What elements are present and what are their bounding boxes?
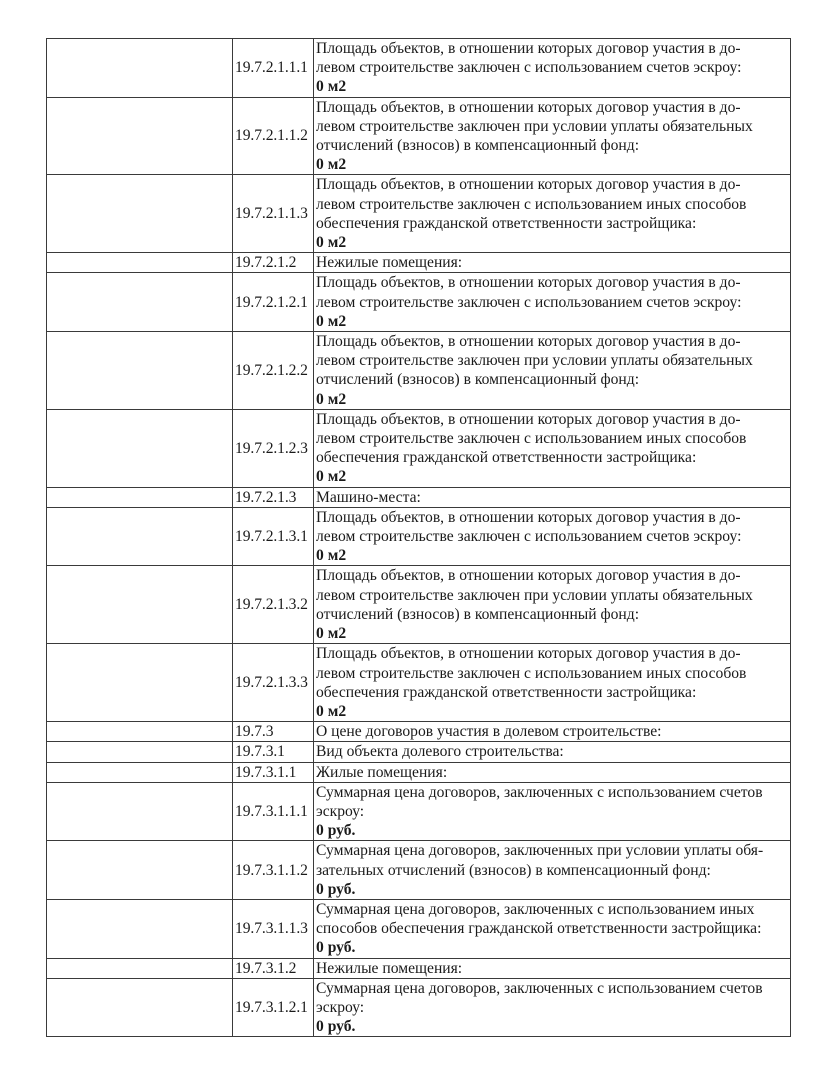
table-row: 19.7.2.1.2.3 Площадь объектов, в отношен… — [47, 409, 791, 487]
section-content: О цене договоров участия в долевом строи… — [314, 722, 791, 742]
section-number: 19.7.3.1.1 — [233, 762, 314, 782]
section-description: Суммарная цена договоров, заключенных пр… — [316, 841, 789, 879]
table-row: 19.7.2.1.1.1 Площадь объектов, в отношен… — [47, 39, 791, 98]
section-number: 19.7.3.1 — [233, 742, 314, 762]
description-line: Площадь объектов, в отношении которых до… — [316, 39, 789, 58]
section-content: Площадь объектов, в отношении которых до… — [314, 566, 791, 644]
section-number: 19.7.2.1.2.2 — [233, 332, 314, 410]
empty-cell — [47, 507, 233, 566]
description-line: Машино-места: — [316, 488, 789, 507]
section-number: 19.7.3.1.1.2 — [233, 841, 314, 900]
table-row: 19.7.2.1.3.3 Площадь объектов, в отношен… — [47, 644, 791, 722]
description-line: Площадь объектов, в отношении которых до… — [316, 644, 789, 663]
empty-cell — [47, 782, 233, 841]
empty-cell — [47, 958, 233, 978]
section-content: Вид объекта долевого строительства: — [314, 742, 791, 762]
section-content: Площадь объектов, в отношении которых до… — [314, 409, 791, 487]
section-number: 19.7.2.1.2.3 — [233, 409, 314, 487]
section-value: 0 руб. — [316, 880, 789, 899]
declaration-table-body: 19.7.2.1.1.1 Площадь объектов, в отношен… — [47, 39, 791, 1037]
description-line: Нежилые помещения: — [316, 959, 789, 978]
section-content: Площадь объектов, в отношении которых до… — [314, 273, 791, 332]
empty-cell — [47, 273, 233, 332]
description-line: Суммарная цена договоров, заключенных пр… — [316, 841, 789, 860]
section-number: 19.7.2.1.3.3 — [233, 644, 314, 722]
table-row: 19.7.2.1.2.2 Площадь объектов, в отношен… — [47, 332, 791, 410]
section-content: Площадь объектов, в отношении которых до… — [314, 644, 791, 722]
table-row: 19.7.3.1.1.1 Суммарная цена договоров, з… — [47, 782, 791, 841]
description-line: Площадь объектов, в отношении которых до… — [316, 410, 789, 429]
section-number: 19.7.3.1.2.1 — [233, 978, 314, 1037]
empty-cell — [47, 487, 233, 507]
empty-cell — [47, 175, 233, 253]
section-content: Нежилые помещения: — [314, 958, 791, 978]
section-description: Вид объекта долевого строительства: — [316, 742, 789, 761]
description-line: отчислений (взносов) в компенсационный ф… — [316, 605, 789, 624]
empty-cell — [47, 899, 233, 958]
table-row: 19.7.3.1.1.3 Суммарная цена договоров, з… — [47, 899, 791, 958]
section-number: 19.7.3.1.1.3 — [233, 899, 314, 958]
description-line: Нежилые помещения: — [316, 253, 789, 272]
table-row: 19.7.3.1.2.1 Суммарная цена договоров, з… — [47, 978, 791, 1037]
description-line: левом строительстве заключен при условии… — [316, 117, 789, 136]
section-description: Площадь объектов, в отношении которых до… — [316, 39, 789, 77]
empty-cell — [47, 566, 233, 644]
empty-cell — [47, 97, 233, 175]
description-line: обеспечения гражданской ответственности … — [316, 214, 789, 233]
empty-cell — [47, 841, 233, 900]
section-content: Жилые помещения: — [314, 762, 791, 782]
declaration-table: 19.7.2.1.1.1 Площадь объектов, в отношен… — [46, 38, 791, 1037]
document-page: 19.7.2.1.1.1 Площадь объектов, в отношен… — [46, 38, 790, 1037]
section-content: Площадь объектов, в отношении которых до… — [314, 507, 791, 566]
table-row: 19.7.3.1.2 Нежилые помещения: — [47, 958, 791, 978]
section-description: О цене договоров участия в долевом строи… — [316, 722, 789, 741]
description-line: эскроу: — [316, 998, 789, 1017]
description-line: О цене договоров участия в долевом строи… — [316, 722, 789, 741]
description-line: Площадь объектов, в отношении которых до… — [316, 508, 789, 527]
section-description: Площадь объектов, в отношении которых до… — [316, 410, 789, 468]
table-row: 19.7.3 О цене договоров участия в долево… — [47, 722, 791, 742]
section-description: Площадь объектов, в отношении которых до… — [316, 644, 789, 702]
section-value: 0 м2 — [316, 155, 789, 174]
description-line: обеспечения гражданской ответственности … — [316, 683, 789, 702]
empty-cell — [47, 722, 233, 742]
section-content: Суммарная цена договоров, заключенных с … — [314, 782, 791, 841]
section-description: Площадь объектов, в отношении которых до… — [316, 508, 789, 546]
section-value: 0 м2 — [316, 233, 789, 252]
empty-cell — [47, 39, 233, 98]
description-line: отчислений (взносов) в компенсационный ф… — [316, 370, 789, 389]
description-line: левом строительстве заключен с использов… — [316, 293, 789, 312]
description-line: левом строительстве заключен с использов… — [316, 664, 789, 683]
section-value: 0 руб. — [316, 1017, 789, 1036]
section-value: 0 м2 — [316, 312, 789, 331]
section-content: Нежилые помещения: — [314, 253, 791, 273]
section-description: Площадь объектов, в отношении которых до… — [316, 332, 789, 390]
section-number: 19.7.2.1.3.2 — [233, 566, 314, 644]
section-description: Нежилые помещения: — [316, 253, 789, 272]
table-row: 19.7.2.1.1.3 Площадь объектов, в отношен… — [47, 175, 791, 253]
section-content: Суммарная цена договоров, заключенных пр… — [314, 841, 791, 900]
section-number: 19.7.3.1.2 — [233, 958, 314, 978]
section-description: Площадь объектов, в отношении которых до… — [316, 273, 789, 311]
section-value: 0 руб. — [316, 821, 789, 840]
section-content: Площадь объектов, в отношении которых до… — [314, 97, 791, 175]
empty-cell — [47, 644, 233, 722]
section-content: Суммарная цена договоров, заключенных с … — [314, 899, 791, 958]
section-content: Площадь объектов, в отношении которых до… — [314, 175, 791, 253]
section-description: Суммарная цена договоров, заключенных с … — [316, 979, 789, 1017]
empty-cell — [47, 978, 233, 1037]
description-line: эскроу: — [316, 802, 789, 821]
section-number: 19.7.2.1.2 — [233, 253, 314, 273]
table-row: 19.7.2.1.3 Машино-места: — [47, 487, 791, 507]
table-row: 19.7.3.1.1.2 Суммарная цена договоров, з… — [47, 841, 791, 900]
section-description: Жилые помещения: — [316, 763, 789, 782]
section-number: 19.7.2.1.3.1 — [233, 507, 314, 566]
section-description: Суммарная цена договоров, заключенных с … — [316, 783, 789, 821]
description-line: левом строительстве заключен с использов… — [316, 58, 789, 77]
description-line: обеспечения гражданской ответственности … — [316, 448, 789, 467]
description-line: Площадь объектов, в отношении которых до… — [316, 332, 789, 351]
description-line: способов обеспечения гражданской ответст… — [316, 919, 789, 938]
description-line: Площадь объектов, в отношении которых до… — [316, 175, 789, 194]
section-value: 0 м2 — [316, 77, 789, 96]
section-content: Машино-места: — [314, 487, 791, 507]
description-line: левом строительстве заключен с использов… — [316, 195, 789, 214]
description-line: зательных отчислений (взносов) в компенс… — [316, 861, 789, 880]
section-number: 19.7.3.1.1.1 — [233, 782, 314, 841]
description-line: Суммарная цена договоров, заключенных с … — [316, 979, 789, 998]
empty-cell — [47, 742, 233, 762]
section-number: 19.7.2.1.1.1 — [233, 39, 314, 98]
section-value: 0 м2 — [316, 390, 789, 409]
description-line: Суммарная цена договоров, заключенных с … — [316, 900, 789, 919]
section-value: 0 м2 — [316, 546, 789, 565]
table-row: 19.7.2.1.3.1 Площадь объектов, в отношен… — [47, 507, 791, 566]
section-value: 0 м2 — [316, 624, 789, 643]
section-description: Площадь объектов, в отношении которых до… — [316, 98, 789, 156]
section-value: 0 м2 — [316, 702, 789, 721]
description-line: Площадь объектов, в отношении которых до… — [316, 273, 789, 292]
section-number: 19.7.2.1.1.2 — [233, 97, 314, 175]
table-row: 19.7.2.1.3.2 Площадь объектов, в отношен… — [47, 566, 791, 644]
empty-cell — [47, 762, 233, 782]
empty-cell — [47, 253, 233, 273]
section-content: Площадь объектов, в отношении которых до… — [314, 332, 791, 410]
description-line: отчислений (взносов) в компенсационный ф… — [316, 136, 789, 155]
description-line: Суммарная цена договоров, заключенных с … — [316, 783, 789, 802]
description-line: Площадь объектов, в отношении которых до… — [316, 566, 789, 585]
section-description: Площадь объектов, в отношении которых до… — [316, 175, 789, 233]
section-number: 19.7.3 — [233, 722, 314, 742]
table-row: 19.7.2.1.1.2 Площадь объектов, в отношен… — [47, 97, 791, 175]
empty-cell — [47, 332, 233, 410]
empty-cell — [47, 409, 233, 487]
section-content: Суммарная цена договоров, заключенных с … — [314, 978, 791, 1037]
description-line: левом строительстве заключен при условии… — [316, 351, 789, 370]
section-description: Нежилые помещения: — [316, 959, 789, 978]
section-description: Суммарная цена договоров, заключенных с … — [316, 900, 789, 938]
description-line: левом строительстве заключен при условии… — [316, 586, 789, 605]
section-value: 0 руб. — [316, 938, 789, 957]
section-value: 0 м2 — [316, 467, 789, 486]
section-number: 19.7.2.1.1.3 — [233, 175, 314, 253]
section-number: 19.7.2.1.2.1 — [233, 273, 314, 332]
description-line: Площадь объектов, в отношении которых до… — [316, 98, 789, 117]
table-row: 19.7.3.1.1 Жилые помещения: — [47, 762, 791, 782]
section-content: Площадь объектов, в отношении которых до… — [314, 39, 791, 98]
description-line: левом строительстве заключен с использов… — [316, 429, 789, 448]
section-description: Площадь объектов, в отношении которых до… — [316, 566, 789, 624]
description-line: левом строительстве заключен с использов… — [316, 527, 789, 546]
section-number: 19.7.2.1.3 — [233, 487, 314, 507]
section-description: Машино-места: — [316, 488, 789, 507]
table-row: 19.7.2.1.2.1 Площадь объектов, в отношен… — [47, 273, 791, 332]
description-line: Жилые помещения: — [316, 763, 789, 782]
table-row: 19.7.3.1 Вид объекта долевого строительс… — [47, 742, 791, 762]
description-line: Вид объекта долевого строительства: — [316, 742, 789, 761]
table-row: 19.7.2.1.2 Нежилые помещения: — [47, 253, 791, 273]
